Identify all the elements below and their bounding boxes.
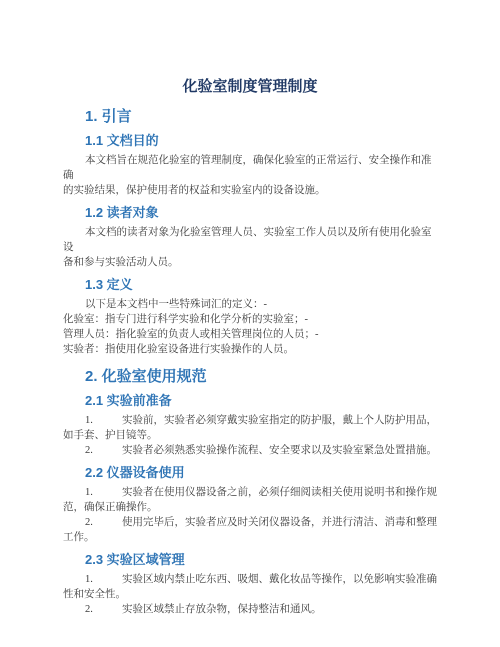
text-line: 如手套、护目镜等。 [63,428,437,443]
document-title: 化验室制度管理制度 [63,77,437,97]
text-line: 性和安全性。 [63,587,437,602]
list-number: 1. [85,485,122,500]
list-item: 1.实验区域内禁止吃东西、吸烟、戴化妆品等操作，以免影响实验准确性和安全性。 [63,572,437,602]
list-number: 2. [85,515,122,530]
text-line: 备和参与实验活动人员。 [63,255,437,270]
list-item: 2.实验者必须熟悉实验操作流程、安全要求以及实验室紧急处置措施。 [63,443,437,458]
section-heading: 2. 化验室使用规范 [63,367,437,386]
paragraph: 以下是本文档中一些特殊词汇的定义：-化验室：指专门进行科学实验和化学分析的实验室… [63,297,437,357]
list-item: 1.实验前，实验者必须穿戴实验室指定的防护服，戴上个人防护用品，如手套、护目镜等… [63,413,437,443]
text-line: 以下是本文档中一些特殊词汇的定义：- [63,297,437,312]
text-line: 1.实验前，实验者必须穿戴实验室指定的防护服，戴上个人防护用品， [63,413,437,428]
subsection-heading: 1.3 定义 [63,277,437,293]
subsection-heading: 2.2 仪器设备使用 [63,465,437,481]
text-line: 的实验结果，保护使用者的权益和实验室内的设备设施。 [63,183,437,198]
list-number: 2. [85,602,122,617]
list-item: 2.实验区域禁止存放杂物，保持整洁和通风。 [63,602,437,617]
document-body: 1. 引言1.1 文档目的本文档旨在规范化验室的管理制度，确保化验室的正常运行、… [63,107,437,617]
list-item: 2.使用完毕后，实验者应及时关闭仪器设备，并进行清洁、消毒和整理工作。 [63,515,437,545]
list-number: 1. [85,413,122,428]
text-line: 工作。 [63,530,437,545]
text-line: 2.使用完毕后，实验者应及时关闭仪器设备，并进行清洁、消毒和整理 [63,515,437,530]
subsection-heading: 1.2 读者对象 [63,205,437,221]
text-line: 管理人员：指化验室的负责人或相关管理岗位的人员；- [63,327,437,342]
document-content: 化验室制度管理制度 1. 引言1.1 文档目的本文档旨在规范化验室的管理制度，确… [63,77,437,617]
text-line: 本文档的读者对象为化验室管理人员、实验室工作人员以及所有使用化验室设 [63,225,437,255]
text-line: 2.实验者必须熟悉实验操作流程、安全要求以及实验室紧急处置措施。 [63,443,437,458]
text-line: 2.实验区域禁止存放杂物，保持整洁和通风。 [63,602,437,617]
section-heading: 1. 引言 [63,107,437,126]
list-number: 1. [85,572,122,587]
text-line: 1.实验区域内禁止吃东西、吸烟、戴化妆品等操作，以免影响实验准确 [63,572,437,587]
text-line: 本文档旨在规范化验室的管理制度，确保化验室的正常运行、安全操作和准确 [63,153,437,183]
list-item: 1.实验者在使用仪器设备之前，必须仔细阅读相关使用说明书和操作规范，确保正确操作… [63,485,437,515]
subsection-heading: 2.1 实验前准备 [63,393,437,409]
list-number: 2. [85,443,122,458]
text-line: 范，确保正确操作。 [63,500,437,515]
text-line: 1.实验者在使用仪器设备之前，必须仔细阅读相关使用说明书和操作规 [63,485,437,500]
paragraph: 本文档旨在规范化验室的管理制度，确保化验室的正常运行、安全操作和准确的实验结果，… [63,153,437,198]
subsection-heading: 1.1 文档目的 [63,133,437,149]
subsection-heading: 2.3 实验区域管理 [63,552,437,568]
text-line: 实验者：指使用化验室设备进行实验操作的人员。 [63,342,437,357]
text-line: 化验室：指专门进行科学实验和化学分析的实验室；- [63,312,437,327]
document-page: 化验室制度管理制度 1. 引言1.1 文档目的本文档旨在规范化验室的管理制度，确… [0,0,500,647]
paragraph: 本文档的读者对象为化验室管理人员、实验室工作人员以及所有使用化验室设备和参与实验… [63,225,437,270]
